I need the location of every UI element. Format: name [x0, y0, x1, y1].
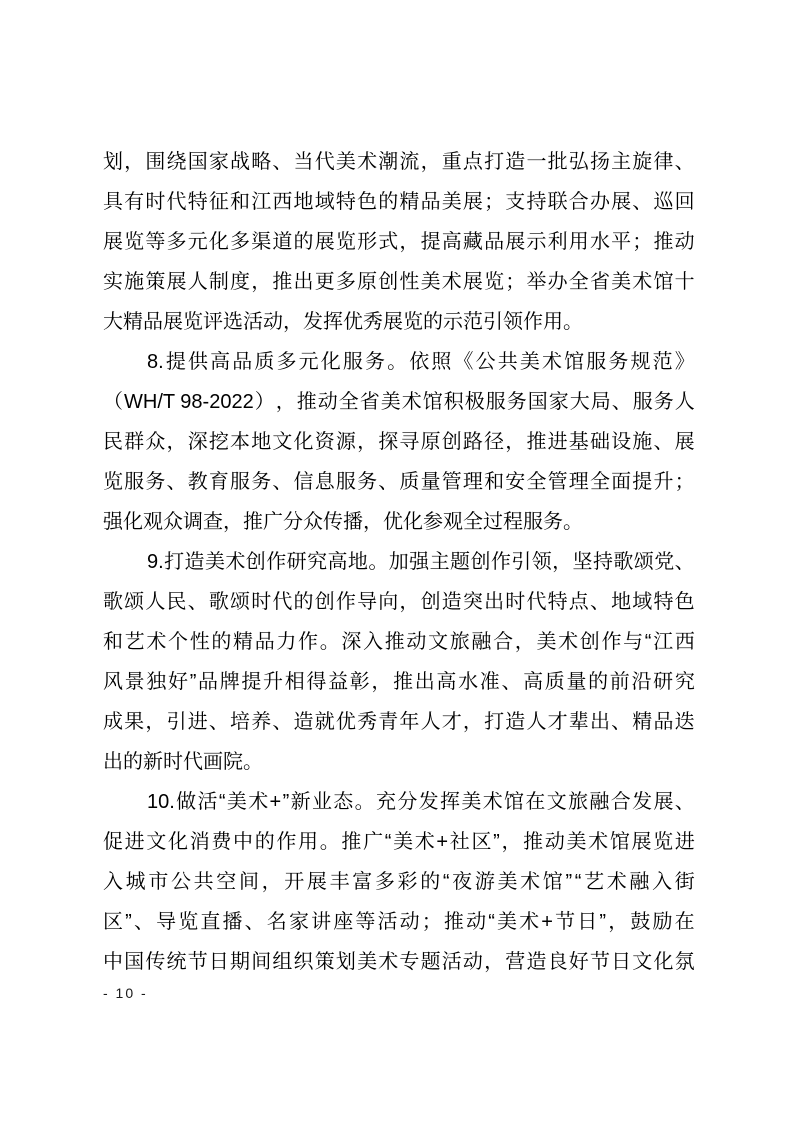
- text-token: 域: [632, 582, 652, 622]
- text-token: 、: [245, 902, 265, 942]
- text-token: 良: [548, 942, 568, 982]
- text-token: 色: [357, 182, 377, 222]
- text-token: 术: [519, 902, 539, 942]
- text-token: 在: [675, 902, 695, 942]
- text-token: 美: [227, 782, 247, 822]
- text-token: 持: [526, 182, 546, 222]
- text-token: 升: [263, 662, 283, 702]
- text-token: 化: [168, 822, 188, 862]
- text-token: 城: [126, 862, 146, 902]
- text-token: 多: [375, 862, 395, 902]
- text-token: 公: [171, 862, 191, 902]
- text-token: 术: [588, 822, 608, 862]
- text-token: +: [541, 902, 553, 942]
- text-token: 节: [188, 942, 208, 982]
- text-token: 、: [272, 702, 292, 742]
- text-token: 、: [378, 462, 398, 502]
- text-token: 美: [393, 822, 413, 862]
- text-token: 略: [251, 142, 271, 182]
- text-token: 充: [376, 782, 396, 822]
- text-token: 夜: [452, 862, 472, 902]
- text-token: 出: [590, 702, 610, 742]
- text-token: 前: [610, 662, 630, 702]
- text-token: 日: [209, 942, 229, 982]
- text-token: 有: [124, 182, 144, 222]
- text-token: 批: [548, 142, 568, 182]
- text-token: 养: [251, 702, 271, 742]
- document-body: 划，围绕国家战略、当代美术潮流，重点打造一批弘扬主旋律、具有时代特征和江西地域特…: [103, 142, 695, 982]
- text-token: +: [436, 822, 448, 862]
- text-token: 、: [209, 702, 229, 742]
- text-token: 馆: [564, 342, 584, 382]
- text-token: 展: [463, 262, 483, 302]
- text-token: 文: [547, 782, 567, 822]
- text-token: 化: [209, 222, 229, 262]
- text-line: 区”、导览直播、名家讲座等活动；推动“美术+节日”，鼓励在: [103, 902, 695, 942]
- text-token: 造: [505, 142, 525, 182]
- text-token: +: [270, 782, 282, 822]
- text-token: 人: [421, 702, 441, 742]
- text-token: 地: [611, 582, 631, 622]
- text-token: 资: [315, 422, 335, 462]
- text-token: 辈: [569, 702, 589, 742]
- text-token: 民: [103, 422, 123, 462]
- text-token: 日: [577, 902, 597, 942]
- text-token: 展: [611, 182, 631, 222]
- text-token: 展: [315, 222, 335, 262]
- text-token: 节: [590, 942, 610, 982]
- text-token: 导: [156, 902, 176, 942]
- text-token: 品: [255, 622, 275, 662]
- text-token: 览: [178, 902, 198, 942]
- text-token: 研: [287, 542, 307, 582]
- text-token: 。: [320, 622, 340, 662]
- text-token: 牌: [220, 662, 240, 702]
- text-token: 时: [505, 582, 525, 622]
- text-token: 家: [549, 382, 569, 422]
- text-token: 览: [103, 462, 123, 502]
- text-token: 用: [298, 822, 318, 862]
- text-token: 息: [315, 462, 335, 502]
- text-token: 力: [276, 622, 296, 662]
- text-token: 量: [566, 662, 586, 702]
- text-token: 动: [466, 902, 486, 942]
- text-token: 动: [545, 822, 565, 862]
- text-token: 活: [378, 902, 398, 942]
- text-token: 品: [421, 182, 441, 222]
- text-token: 探: [378, 422, 398, 462]
- text-token: 代: [167, 182, 187, 222]
- text-token: 美: [497, 902, 517, 942]
- text-token: 回: [675, 182, 695, 222]
- text-token: 的: [255, 822, 275, 862]
- text-token: 务: [365, 342, 385, 382]
- text-token: 彩: [398, 862, 418, 902]
- text-token: 高: [210, 342, 230, 382]
- text-token: 加: [389, 542, 409, 582]
- text-token: 术: [632, 262, 652, 302]
- text-token: 览: [336, 222, 356, 262]
- text-token: 促: [103, 822, 123, 862]
- text-token: 颂: [230, 582, 250, 622]
- text-token: 寻: [399, 422, 419, 462]
- text-token: 、: [167, 462, 187, 502]
- text-token: 多: [276, 342, 296, 382]
- text-token: 原: [421, 422, 441, 462]
- text-token: 、: [612, 382, 632, 422]
- text-token: 和: [230, 182, 250, 222]
- text-token: （: [103, 382, 123, 422]
- text-token: 青: [378, 702, 398, 742]
- text-token: 好: [569, 942, 589, 982]
- text-token: 时: [251, 582, 271, 622]
- text-token: 彰: [350, 662, 370, 702]
- text-token: “: [575, 862, 582, 902]
- text-token: 展: [632, 822, 652, 862]
- text-token: 扬: [590, 142, 610, 182]
- document-page: 划，围绕国家战略、当代美术潮流，重点打造一批弘扬主旋律、具有时代特征和江西地域特…: [0, 0, 793, 1122]
- text-token: 术: [442, 262, 462, 302]
- text-token: 度: [230, 262, 250, 302]
- text-token: 入: [363, 622, 383, 662]
- text-token: ）: [255, 382, 275, 422]
- text-token: 深: [188, 422, 208, 462]
- text-token: 发: [632, 782, 652, 822]
- text-token: ，: [262, 862, 282, 902]
- text-token: 基: [569, 422, 589, 462]
- text-token: 品: [232, 342, 252, 382]
- text-token: 优: [336, 702, 356, 742]
- text-token: 究: [307, 542, 327, 582]
- text-token: 术: [378, 942, 398, 982]
- text-line: 成果，引进、培养、造就优秀青年人才，打造人才辈出、精品迭: [103, 702, 695, 742]
- text-token: 大: [570, 382, 590, 422]
- text-token: 律: [653, 142, 673, 182]
- text-token: 地: [294, 182, 314, 222]
- text-token: 打: [164, 542, 184, 582]
- text-token: 地: [251, 422, 271, 462]
- text-token: 动: [400, 902, 420, 942]
- text-token: 质: [254, 342, 274, 382]
- text-token: 入: [652, 862, 672, 902]
- text-token: 氛: [675, 942, 695, 982]
- text-token: 动: [406, 622, 426, 662]
- text-token: 出: [415, 662, 435, 702]
- text-token: 升: [653, 462, 673, 502]
- text-token: 道: [272, 222, 292, 262]
- text-token: 统: [167, 942, 187, 982]
- text-token: 打: [484, 142, 504, 182]
- text-token: 消: [190, 822, 210, 862]
- text-token: 术: [607, 862, 627, 902]
- text-token: 歌: [103, 582, 123, 622]
- text-token: 理: [569, 462, 589, 502]
- text-token: 照: [431, 342, 451, 382]
- text-token: 融: [589, 782, 609, 822]
- text-token: 颂: [124, 582, 144, 622]
- text-token: 美: [461, 782, 481, 822]
- text-token: 本: [230, 422, 250, 462]
- text-token: 元: [188, 222, 208, 262]
- text-token: 服: [486, 382, 506, 422]
- text-token: 、: [611, 702, 631, 742]
- text-token: 创: [470, 542, 490, 582]
- text-token: 文: [272, 422, 292, 462]
- text-token: 个: [168, 622, 188, 662]
- text-token: 举: [526, 262, 546, 302]
- text-token: 开: [284, 862, 304, 902]
- text-token: 区: [471, 822, 491, 862]
- text-token: 积: [444, 382, 464, 422]
- text-line: 10.做活“美术+”新业态。充分发挥美术馆在文旅融合发展、: [103, 782, 695, 822]
- text-token: ”: [125, 902, 132, 942]
- text-token: ，: [501, 822, 521, 862]
- text-token: 精: [399, 182, 419, 222]
- text-token: 融: [471, 622, 491, 662]
- text-token: 展: [103, 222, 123, 262]
- text-token: 创: [442, 422, 462, 462]
- text-token: ，: [399, 222, 419, 262]
- text-token: ，: [124, 142, 144, 182]
- text-token: 。: [368, 542, 388, 582]
- page-number: - 10 -: [103, 985, 148, 1001]
- text-token: 美: [566, 822, 586, 862]
- text-token: 民: [167, 582, 187, 622]
- text-token: 划: [336, 942, 356, 982]
- text-token: 局: [591, 382, 611, 422]
- text-token: 策: [145, 262, 165, 302]
- text-token: 征: [209, 182, 229, 222]
- text-token: 馆: [653, 262, 673, 302]
- text-token: 美: [520, 342, 540, 382]
- text-token: ；: [505, 262, 525, 302]
- text-token: 成: [103, 702, 123, 742]
- text-token: ，: [515, 622, 535, 662]
- text-token: 规: [630, 342, 650, 382]
- text-token: 化: [653, 942, 673, 982]
- text-token: 挖: [209, 422, 229, 462]
- text-token: 务: [608, 342, 628, 382]
- text-token: 。: [355, 782, 375, 822]
- text-token: 挥: [440, 782, 460, 822]
- text-token: 入: [103, 862, 123, 902]
- text-token: 等: [355, 902, 375, 942]
- text-line: （WH/T 98-2022），推动全省美术馆积极服务国家大局、服务人: [103, 382, 695, 422]
- text-token: “: [645, 622, 652, 662]
- text-token: 作: [491, 542, 511, 582]
- text-line: 歌颂人民、歌颂时代的创作导向，创造突出时代特点、地域特色: [103, 582, 695, 622]
- text-token: 提: [241, 662, 261, 702]
- text-token: 发: [419, 782, 439, 822]
- text-token: 服: [124, 462, 144, 502]
- text-token: 美: [336, 142, 356, 182]
- text-line: 风景独好”品牌提升相得益彰，推出高水准、高质量的前沿研究: [103, 662, 695, 702]
- text-token: 务: [145, 462, 165, 502]
- text-token: 质: [545, 662, 565, 702]
- text-token: 品: [653, 702, 673, 742]
- text-token: 省: [360, 382, 380, 422]
- text-line: 划，围绕国家战略、当代美术潮流，重点打造一批弘扬主旋律、: [103, 142, 695, 182]
- text-token: 量: [421, 462, 441, 502]
- text-line: 民群众，深挖本地文化资源，探寻原创路径，推进基础设施、展: [103, 422, 695, 462]
- text-token: 点: [569, 582, 589, 622]
- text-token: 美: [442, 182, 462, 222]
- text-token: 务: [251, 462, 271, 502]
- text-token: 节: [555, 902, 575, 942]
- text-token: 推: [526, 422, 546, 462]
- text-token: 共: [194, 862, 214, 902]
- text-token: 时: [145, 182, 165, 222]
- text-token: 十: [675, 262, 695, 302]
- text-line: 促进文化消费中的作用。推广“美术+社区”，推动美术馆展览进: [103, 822, 695, 862]
- text-token: 依: [409, 342, 429, 382]
- text-token: ，: [251, 262, 271, 302]
- text-token: 推: [653, 222, 673, 262]
- text-token: 务: [507, 382, 527, 422]
- text-token: 得: [306, 662, 326, 702]
- text-token: 题: [421, 942, 441, 982]
- text-token: 信: [294, 462, 314, 502]
- text-token: 歌: [209, 582, 229, 622]
- text-token: 潮: [378, 142, 398, 182]
- text-token: 施: [124, 262, 144, 302]
- text-token: 突: [463, 582, 483, 622]
- text-token: 家: [209, 142, 229, 182]
- text-token: 沿: [631, 662, 651, 702]
- text-token: 推: [444, 902, 464, 942]
- text-token: 创: [378, 262, 398, 302]
- text-line: 大精品展览评选活动，发挥优秀展览的示范引领作用。: [103, 302, 695, 342]
- text-token: 础: [590, 422, 610, 462]
- text-token: 绕: [167, 142, 187, 182]
- text-line: 9.打造美术创作研究高地。加强主题创作引领，坚持歌颂党、: [103, 542, 695, 582]
- text-token: 制: [209, 262, 229, 302]
- text-token: 导: [357, 582, 377, 622]
- text-token: 区: [103, 902, 123, 942]
- text-token: 战: [230, 142, 250, 182]
- text-token: 景: [125, 662, 145, 702]
- text-token: ”: [599, 902, 606, 942]
- text-token: ”: [283, 782, 290, 822]
- text-token: 的: [294, 222, 314, 262]
- text-token: 专: [399, 942, 419, 982]
- text-token: 营: [505, 942, 525, 982]
- text-token: ，: [484, 942, 504, 982]
- text-token: 办: [590, 182, 610, 222]
- text-line: 8.提供高品质多元化服务。依照《公共美术馆服务规范》: [103, 342, 695, 382]
- text-token: 围: [145, 142, 165, 182]
- text-token: 多: [336, 262, 356, 302]
- text-token: 供: [188, 342, 208, 382]
- text-token: 进: [125, 822, 145, 862]
- text-token: 人: [145, 582, 165, 622]
- text-token: 元: [299, 342, 319, 382]
- text-token: 质: [399, 462, 419, 502]
- text-token: 做: [176, 782, 196, 822]
- text-token: 术: [520, 862, 540, 902]
- text-token: ”: [565, 862, 572, 902]
- text-token: ”: [190, 662, 197, 702]
- text-token: 、: [632, 182, 652, 222]
- text-token: 美: [611, 262, 631, 302]
- text-token: 独: [146, 662, 166, 702]
- text-token: 日: [611, 942, 631, 982]
- text-token: 空: [216, 862, 236, 902]
- text-token: 座: [333, 902, 353, 942]
- text-token: 颂: [634, 542, 654, 582]
- text-token: 造: [505, 702, 525, 742]
- text-token: 推: [341, 822, 361, 862]
- text-token: ，: [399, 582, 419, 622]
- text-token: 的: [294, 582, 314, 622]
- text-token: ”: [493, 822, 500, 862]
- text-token: 人: [188, 262, 208, 302]
- text-line: 览服务、教育服务、信息服务、质量管理和安全管理全面提升；: [103, 462, 695, 502]
- text-token: 具: [103, 182, 123, 222]
- text-token: 果: [124, 702, 144, 742]
- text-token: 特: [336, 182, 356, 222]
- text-token: 究: [675, 662, 695, 702]
- text-token: 的: [378, 182, 398, 222]
- text-token: 主: [430, 542, 450, 582]
- text-token: 支: [505, 182, 525, 222]
- text-token: 域: [315, 182, 335, 222]
- text-token: 提: [632, 462, 652, 502]
- text-token: 服: [586, 342, 606, 382]
- text-token: 实: [103, 262, 123, 302]
- text-token: 创: [246, 542, 266, 582]
- text-token: 讲: [311, 902, 331, 942]
- text-token: 平: [611, 222, 631, 262]
- text-token: 中: [233, 822, 253, 862]
- text-token: 服: [230, 462, 250, 502]
- text-token: ，: [421, 142, 441, 182]
- text-token: 性: [190, 622, 210, 662]
- text-token: 融: [629, 862, 649, 902]
- text-token: 歌: [613, 542, 633, 582]
- text-line: 强化观众调查，推广分众传播，优化参观全过程服务。: [103, 502, 695, 542]
- text-token: 推: [393, 662, 413, 702]
- text-token: 理: [463, 462, 483, 502]
- text-token: 艺: [584, 862, 604, 902]
- text-token: 造: [185, 542, 205, 582]
- text-token: 、: [675, 142, 695, 182]
- text-token: 人: [526, 702, 546, 742]
- text-token: 党: [654, 542, 674, 582]
- text-token: 出: [294, 262, 314, 302]
- text-token: 管: [442, 462, 462, 502]
- text-token: 合: [611, 782, 631, 822]
- text-token: 省: [590, 262, 610, 302]
- text-token: 间: [239, 862, 259, 902]
- text-token: 推: [297, 382, 317, 422]
- text-token: 》: [675, 342, 695, 382]
- text-token: 才: [442, 702, 462, 742]
- text-token: 国: [528, 382, 548, 422]
- text-token: 极: [465, 382, 485, 422]
- text-token: 务: [357, 462, 377, 502]
- text-token: 造: [442, 582, 462, 622]
- text-token: 艺: [125, 622, 145, 662]
- text-line: 出的新时代画院。: [103, 742, 695, 782]
- text-token: 鼓: [630, 902, 650, 942]
- text-token: “: [488, 902, 495, 942]
- text-token: 服: [343, 342, 363, 382]
- text-token: 全: [590, 462, 610, 502]
- text-token: 源: [336, 422, 356, 462]
- text-token: 馆: [543, 862, 563, 902]
- text-token: 、: [272, 462, 292, 502]
